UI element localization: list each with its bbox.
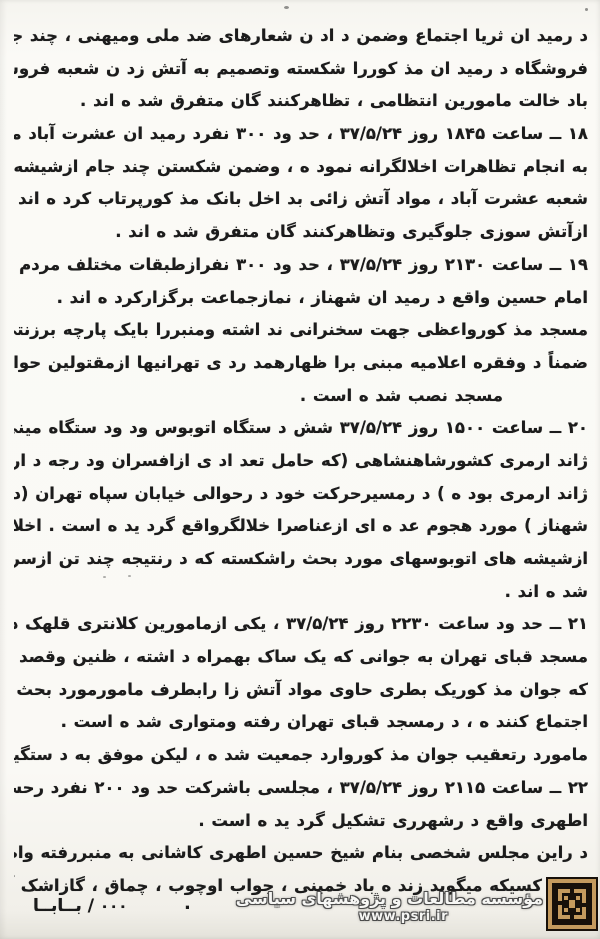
text-line: ۱۸ ــ ساعت ۱۸۴۵ روز ۳۷/۵/۲۴ ، حد ود ۳۰۰ … (14, 118, 588, 151)
text-line: ۲۱ ــ حد ود ساعت ۲۲۳۰ روز ۳۷/۵/۲۴ ، یکی … (14, 608, 588, 641)
text-line: شد ه اند . (14, 576, 588, 609)
text-line: ضمناً د وفقره اعلامیه مبنی برا ظهارهمد ر… (14, 347, 588, 380)
scan-speck (585, 8, 588, 11)
signature-dots: ۰۰۰ (100, 897, 127, 915)
text-line: اطهری واقع د رشهرری تشکیل گرد ید ه است . (14, 805, 588, 838)
document-text-column: د رمید ان ثریا اجتماع وضمن د اد ن شعارها… (14, 20, 588, 903)
text-line: امام حسین واقع د رمید ان شهناز ، نمازجما… (14, 282, 588, 315)
signature-line: بــابــا / ۰۰۰ (33, 896, 127, 916)
text-line: شعبه عشرت آباد ، مواد آتش زائی بد اخل با… (14, 183, 588, 216)
scan-speck (128, 575, 131, 577)
text-line: فروشگاه د رمید ان مذ کوررا شکسته وتصمیم … (14, 53, 588, 86)
text-line: که جوان مذ کوریک بطری حاوی مواد آتش زا ر… (14, 674, 588, 707)
watermark-url: www.psri.ir (359, 909, 448, 924)
text-line: به انجام تظاهرات اخلالگرانه نمود ه ، وضم… (14, 151, 588, 184)
text-line: د راین مجلس شخصی بنام شیخ حسین اطهری کاش… (14, 837, 588, 870)
text-line: ژاند ارمری بود ه ) د رمسیرحرکت خود د رحو… (14, 478, 588, 511)
text-line: ژاند ارمری کشورشاهنشاهی (که حامل تعد اد … (14, 445, 588, 478)
text-line: مسجد قبای تهران به جوانی که یک ساک بهمرا… (14, 641, 588, 674)
text-line: ۱۹ ــ ساعت ۲۱۳۰ روز ۳۷/۵/۲۴ ، حد ود ۳۰۰ … (14, 249, 588, 282)
text-line: ازشیشه های اتوبوسهای مورد بحث راشکسته که… (14, 543, 588, 576)
signature-name: بــابــا (33, 896, 82, 916)
text-line: مامورد رتعقیب جوان مذ کوروارد جمعیت شد ه… (14, 739, 588, 772)
scan-speck (103, 576, 106, 578)
stray-period: . (184, 893, 191, 914)
psri-logo-icon (546, 877, 598, 931)
text-line: باد خالت مامورین انتظامی ، تظاهرکنند گان… (14, 85, 588, 118)
text-line: شهناز ) مورد هجوم عد ه ای ازعناصرا خلالگ… (14, 510, 588, 543)
signature-slash: / (88, 896, 94, 916)
text-line: ازآتش سوزی جلوگیری وتظاهرکنند گان متفرق … (14, 216, 588, 249)
watermark-institute-name: مؤسسه مطالعات و پژوهشهای سیاسی (236, 889, 543, 908)
text-line: ۲۰ ــ ساعت ۱۵۰۰ روز ۳۷/۵/۲۴ شش د ستگاه ا… (14, 412, 588, 445)
scanned-document-page: د رمید ان ثریا اجتماع وضمن د اد ن شعارها… (0, 0, 600, 939)
scan-speck (284, 6, 289, 9)
text-line: د رمید ان ثریا اجتماع وضمن د اد ن شعارها… (14, 20, 588, 53)
text-line: اجتماع کنند ه ، د رمسجد قبای تهران رفته … (14, 706, 588, 739)
text-line: مسجد مذ کورواعظی جهت سخنرانی ند اشته ومن… (14, 314, 588, 347)
text-line: ۲۲ ــ ساعت ۲۱۱۵ روز ۳۷/۵/۲۴ ، مجلسی باشر… (14, 772, 588, 805)
text-line: مسجد نصب شد ه است . (14, 380, 588, 413)
